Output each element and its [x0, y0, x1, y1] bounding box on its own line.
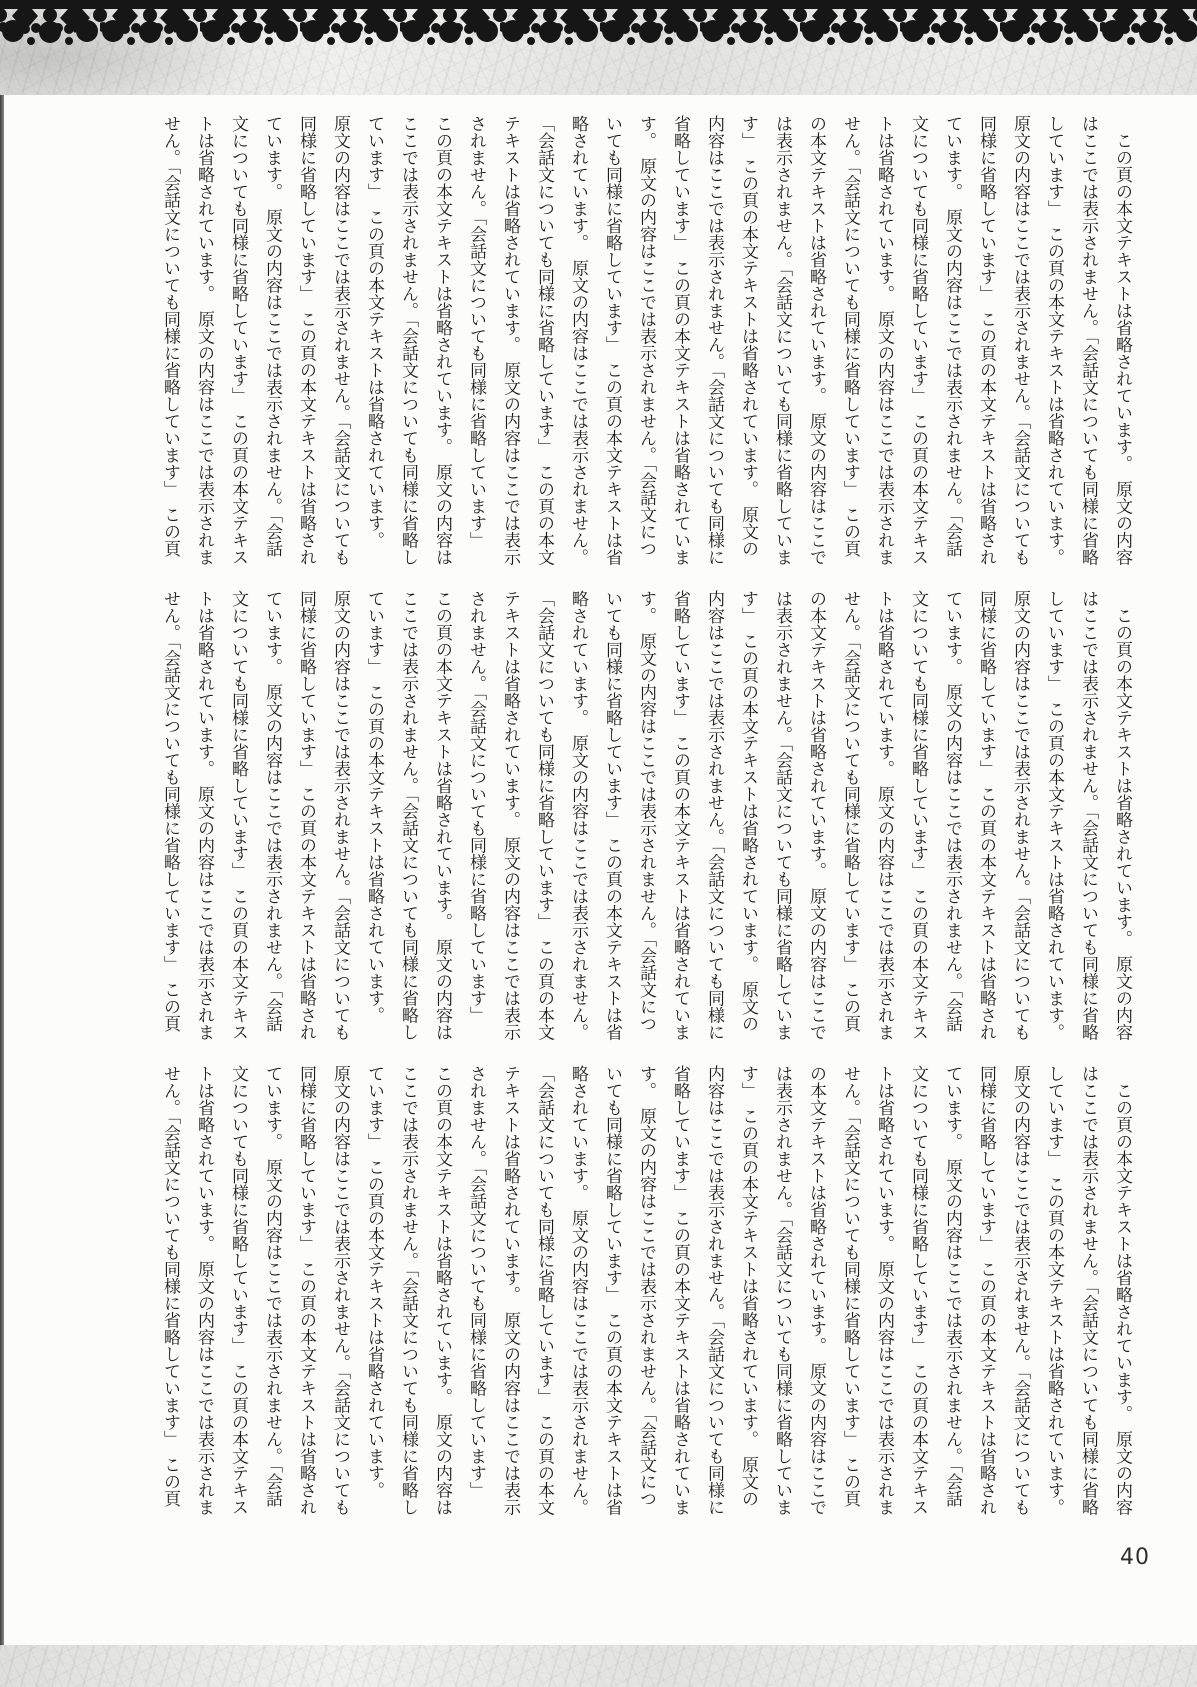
lace-border-icon: [0, 0, 1197, 50]
page-number: 40: [1120, 1545, 1150, 1570]
text-block-1: この頁の本文テキストは省略されています。 原文の内容はここでは表示されません。「…: [148, 115, 1139, 570]
book-page: この頁の本文テキストは省略されています。 原文の内容はここでは表示されません。「…: [0, 0, 1197, 1687]
text-block-2: この頁の本文テキストは省略されています。 原文の内容はここでは表示されません。「…: [148, 590, 1139, 1045]
paper-texture-bottom: [0, 1645, 1197, 1687]
text-block-3: この頁の本文テキストは省略されています。 原文の内容はここでは表示されません。「…: [148, 1065, 1139, 1520]
page-edge-shadow: [0, 95, 4, 1645]
page-content: この頁の本文テキストは省略されています。 原文の内容はここでは表示されません。「…: [0, 95, 1197, 1645]
